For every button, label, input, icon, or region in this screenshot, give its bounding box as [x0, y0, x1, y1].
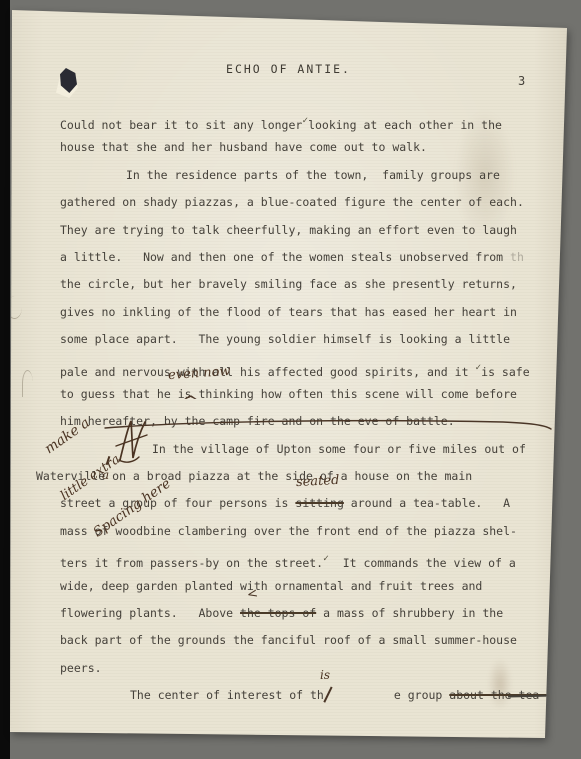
insertion-seated: seated [296, 473, 340, 490]
line-text: The center of interest of th [130, 688, 324, 702]
stray-pencil-mark [7, 296, 22, 319]
edge-pencil-dash [551, 606, 561, 608]
faint-typed-letters: th [503, 250, 524, 264]
typed-line: flowering plants. Above the tops of a ma… [60, 600, 550, 627]
line-text: ters it from passers-by on the street. [60, 556, 323, 570]
scan-background: ECHO OF ANTIE. 3 Could not bear it to si… [0, 0, 581, 759]
line-text: around a tea-table. A [344, 496, 510, 510]
typed-line: gives no inkling of the flood of tears t… [60, 299, 550, 326]
page-title: ECHO OF ANTIE. [10, 62, 567, 76]
margin-note-line: Spacing here [85, 475, 173, 544]
line-text: It commands the view of a [329, 556, 516, 570]
line-text: a mass of shrubbery in the [316, 606, 503, 620]
line-text: flowering plants. Above [60, 606, 240, 620]
typed-line: The center of interest of the group abou… [60, 682, 550, 709]
line-text: pale and nervous with all his affected g… [60, 365, 475, 379]
typed-line: They are trying to talk cheerfully, maki… [60, 217, 550, 244]
typed-line: gathered on shady piazzas, a blue-coated… [60, 189, 550, 216]
handwritten-rule-line [103, 416, 555, 434]
typed-line: peers. [60, 655, 550, 682]
manuscript-page: ECHO OF ANTIE. 3 Could not bear it to si… [10, 10, 567, 745]
typed-line: some place apart. The young soldier hims… [60, 326, 550, 353]
line-text: Could not bear it to sit any longer [60, 118, 302, 132]
typed-line: the circle, but her bravely smiling face… [60, 271, 550, 298]
line-text: looking at each other in the [308, 118, 502, 132]
typed-text-block: Could not bear it to sit any longer✓look… [60, 107, 550, 710]
typed-line: wide, deep garden planted with ornamenta… [60, 573, 550, 600]
struck-word-sitting: sitting [295, 496, 343, 510]
struck-phrase-the-tops-of: the tops of [240, 606, 316, 620]
typed-line: a little. Now and then one of the women … [60, 244, 550, 271]
typed-line: pale and nervous with all his affected g… [60, 354, 550, 381]
typed-line: house that she and her husband have come… [60, 134, 550, 161]
slashed-letter-e: e [324, 682, 401, 709]
insertion-letter-a: a [102, 468, 109, 482]
page-number: 3 [518, 74, 525, 88]
margin-note-line: make a [30, 397, 118, 466]
insertion-is: is [320, 668, 330, 682]
line-text: is safe [481, 365, 529, 379]
typed-line: Could not bear it to sit any longer✓look… [60, 107, 550, 134]
typed-line: In the residence parts of the town, fami… [60, 162, 550, 189]
line-text: group [401, 688, 449, 702]
typed-line: to guess that he is thinking how often t… [60, 381, 550, 408]
insertion-caret: ^ [182, 394, 198, 409]
line-text: a little. Now and then one of the women … [60, 250, 503, 264]
stray-pencil-mark [22, 370, 33, 397]
edge-pencil-dash [550, 588, 561, 590]
typed-line: back part of the grounds the fanciful ro… [60, 627, 550, 654]
